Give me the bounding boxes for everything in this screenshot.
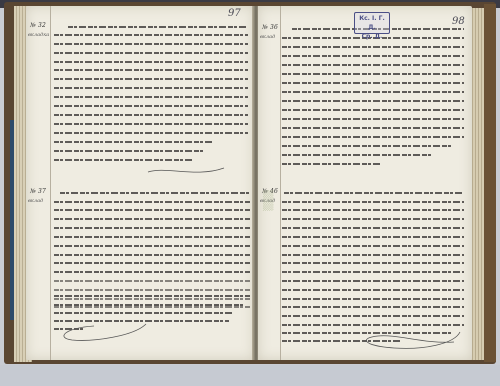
signature-flourish bbox=[54, 322, 150, 346]
left-page: 97 № 32 вкладка № 37 вклад bbox=[26, 6, 254, 360]
margin-rule bbox=[280, 6, 281, 360]
signature-flourish bbox=[354, 330, 464, 356]
right-page: 98 № 36 вклад № 46 вклад bbox=[258, 6, 472, 360]
entry-number: № 37 bbox=[30, 188, 46, 195]
signature-flourish bbox=[146, 164, 226, 178]
stamp-line-2: Ср. Д. bbox=[355, 32, 389, 41]
entry-number: № 32 bbox=[30, 22, 46, 29]
bleed-through-text: ▒▒▒ bbox=[262, 190, 272, 211]
entry-tag: вкладка bbox=[28, 32, 49, 38]
archive-stamp: Кс. І. Г. Д. Ср. Д. bbox=[354, 12, 390, 34]
background-table bbox=[0, 365, 500, 386]
entry-number: № 36 bbox=[262, 24, 278, 31]
page-number: 98 bbox=[452, 16, 465, 27]
entry-tag: вклад bbox=[28, 198, 43, 204]
margin-rule bbox=[50, 6, 51, 360]
page-stack-right bbox=[470, 8, 484, 360]
entry-tag: вклад bbox=[260, 34, 275, 40]
book-cover-edge bbox=[484, 4, 496, 362]
page-number: 97 bbox=[228, 8, 241, 19]
stamp-line-1: Кс. І. Г. Д. bbox=[355, 14, 389, 32]
